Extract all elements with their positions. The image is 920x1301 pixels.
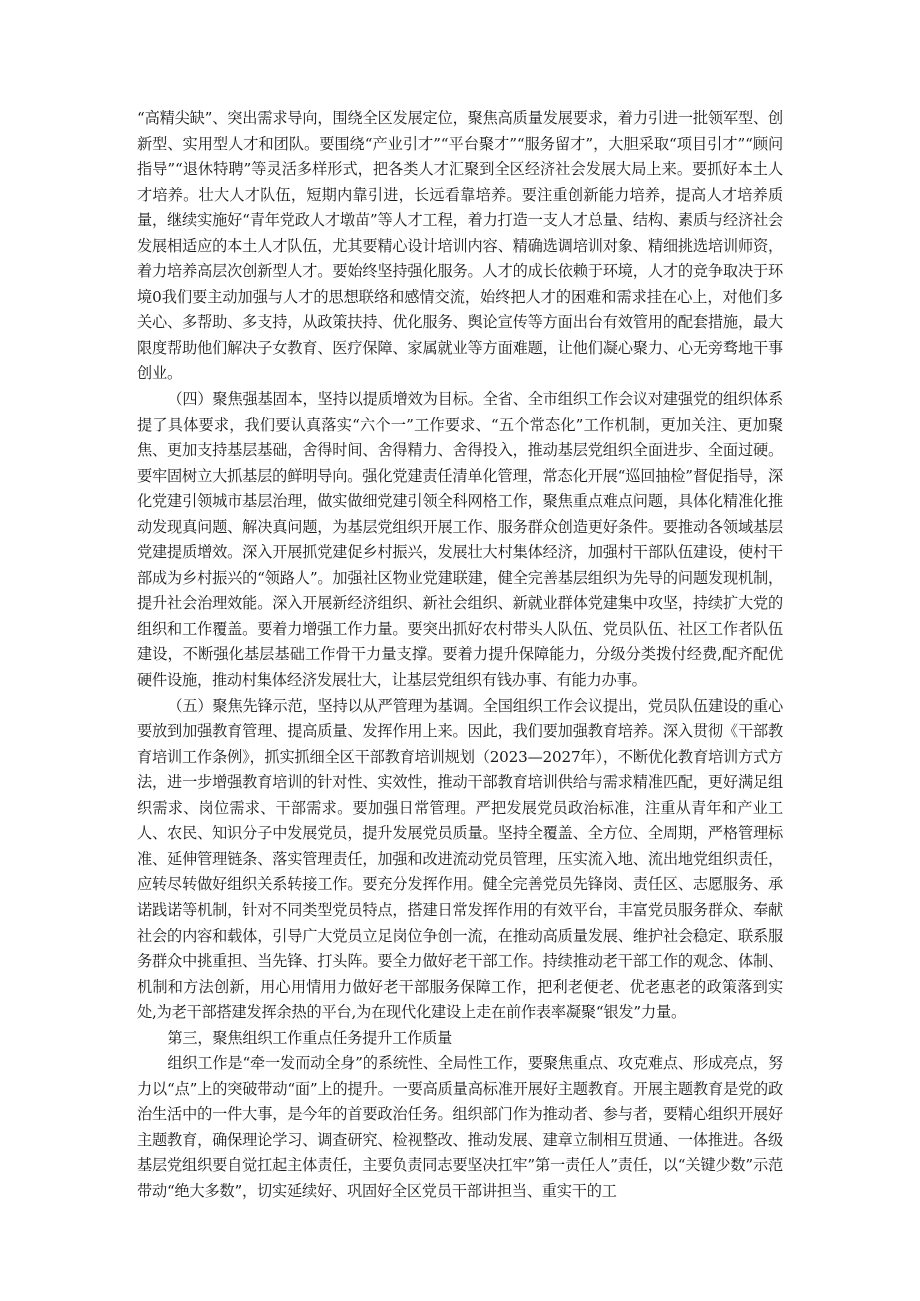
paragraph-section-3-body: 组织工作是“牵一发而动全身”的系统性、全局性工作，要聚焦重点、攻克难点、形成亮点… (137, 1051, 783, 1204)
paragraph-section-5: （五）聚焦先锋示范，坚持以从严管理为基调。全国组织工作会议提出，党员队伍建设的重… (137, 694, 783, 1026)
section-heading-3: 第三，聚焦组织工作重点任务提升工作质量 (137, 1026, 783, 1052)
paragraph-talent-continued: “高精尖缺”、突出需求导向，围绕全区发展定位，聚焦高质量发展要求，着力引进一批领… (137, 106, 783, 387)
paragraph-section-4: （四）聚焦强基固本，坚持以提质增效为目标。全省、全市组织工作会议对建强党的组织体… (137, 387, 783, 694)
document-page: “高精尖缺”、突出需求导向，围绕全区发展定位，聚焦高质量发展要求，着力引进一批领… (137, 106, 783, 1205)
